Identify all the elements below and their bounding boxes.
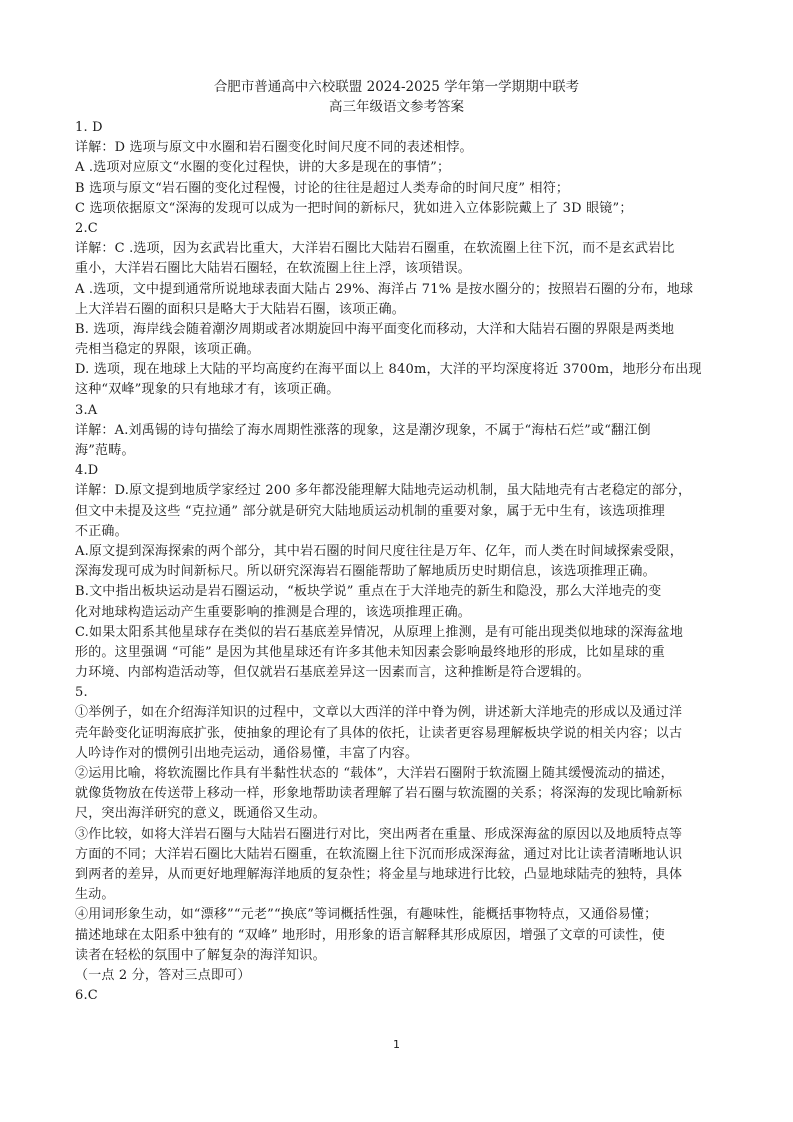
text-line: A .选项对应原文“水圈的变化过程快，讲的大多是现在的事情”； <box>75 158 725 178</box>
text-line: 3.A <box>75 401 725 421</box>
text-line: 尺，突出海洋研究的意义，既通俗又生动。 <box>75 804 725 824</box>
answer-body: 1. D详解：D 选项与原文中水圈和岩石圈变化时间尺度不同的表述相悖。A .选项… <box>75 118 725 1006</box>
text-line: 壳相当稳定的界限，该项正确。 <box>75 340 725 360</box>
text-line: 详解：D.原文提到地质学家经过 200 多年都没能理解大陆地壳运动机制，虽大陆地… <box>75 481 725 501</box>
text-line: A .选项，文中提到通常所说地球表面大陆占 29%、海洋占 71% 是按水圈分的… <box>75 280 725 300</box>
text-line: 2.C <box>75 219 725 239</box>
text-line: 描述地球在太阳系中独有的 “双峰” 地形时，用形象的语言解释其形成原因，增强了文… <box>75 926 725 946</box>
document-subtitle: 高三年级语文参考答案 <box>0 97 793 117</box>
text-line: 5. <box>75 683 725 703</box>
text-line: 深海发现可成为时间新标尺。所以研究深海岩石圈能帮助了解地质历史时期信息，该选项推… <box>75 562 725 582</box>
text-line: 读者在轻松的氛围中了解复杂的海洋知识。 <box>75 946 725 966</box>
text-line: B.文中指出板块运动是岩石圈运动，“板块学说” 重点在于大洋地壳的新生和隐没，那… <box>75 582 725 602</box>
text-line: ④用词形象生动，如“漂移”“元老”“换底”等词概括性强，有趣味性，能概括事物特点… <box>75 905 725 925</box>
text-line: A.原文提到深海探索的两个部分，其中岩石圈的时间尺度往往是万年、亿年，而人类在时… <box>75 542 725 562</box>
text-line: （一点 2 分，答对三点即可） <box>75 966 725 986</box>
text-line: B 选项与原文“岩石圈的变化过程慢，讨论的往往是超过人类寿命的时间尺度” 相符； <box>75 179 725 199</box>
document-page: 合肥市普通高中六校联盟 2024-2025 学年第一学期期中联考 高三年级语文参… <box>0 0 793 1122</box>
text-line: 就像货物放在传送带上移动一样，形象地帮助读者理解了岩石圈与软流圈的关系；将深海的… <box>75 784 725 804</box>
text-line: 壳年龄变化证明海底扩张，使抽象的理论有了具体的依托，让读者更容易理解板块学说的相… <box>75 724 725 744</box>
text-line: 生动。 <box>75 885 725 905</box>
text-line: 详解：C .选项，因为玄武岩比重大，大洋岩石圈比大陆岩石圈重，在软流圈上往下沉，… <box>75 239 725 259</box>
text-line: 不正确。 <box>75 522 725 542</box>
text-line: 人吟诗作对的惯例引出地壳运动，通俗易懂，丰富了内容。 <box>75 744 725 764</box>
text-line: 海”范畴。 <box>75 441 725 461</box>
text-line: 4.D <box>75 461 725 481</box>
text-line: 6.C <box>75 986 725 1006</box>
text-line: 重小，大洋岩石圈比大陆岩石圈轻，在软流圈上往上浮，该项错误。 <box>75 259 725 279</box>
text-line: D. 选项，现在地球上大陆的平均高度约在海平面以上 840m，大洋的平均深度将近… <box>75 360 725 380</box>
text-line: B. 选项，海岸线会随着潮汐周期或者冰期旋回中海平面变化而移动，大洋和大陆岩石圈… <box>75 320 725 340</box>
text-line: 这种“双峰”现象的只有地球才有，该项正确。 <box>75 380 725 400</box>
text-line: 力环境、内部构造活动等，但仅就岩石基底差异这一因素而言，这种推断是符合逻辑的。 <box>75 663 725 683</box>
text-line: 但文中未提及这些 “克拉通” 部分就是研究大陆地质运动机制的重要对象，属于无中生… <box>75 502 725 522</box>
text-line: 详解：D 选项与原文中水圈和岩石圈变化时间尺度不同的表述相悖。 <box>75 138 725 158</box>
text-line: 方面的不同；大洋岩石圈比大陆岩石圈重，在软流圈上往下沉而形成深海盆，通过对比让读… <box>75 845 725 865</box>
document-title: 合肥市普通高中六校联盟 2024-2025 学年第一学期期中联考 <box>0 77 793 97</box>
text-line: 形的。这里强调 “可能” 是因为其他星球还有许多其他未知因素会影响最终地形的形成… <box>75 643 725 663</box>
page-number: 1 <box>0 1038 793 1051</box>
text-line: 到两者的差异，从而更好地理解海洋地质的复杂性；将金星与地球进行比较，凸显地球陆壳… <box>75 865 725 885</box>
text-line: 化对地球构造运动产生重要影响的推测是合理的，该选项推理正确。 <box>75 603 725 623</box>
text-line: 详解：A.刘禹锡的诗句描绘了海水周期性涨落的现象，这是潮汐现象，不属于“海枯石烂… <box>75 421 725 441</box>
text-line: ②运用比喻，将软流圈比作具有半黏性状态的 “载体”，大洋岩石圈附于软流圈上随其缓… <box>75 764 725 784</box>
text-line: ①举例子，如在介绍海洋知识的过程中，文章以大西洋的洋中脊为例，讲述新大洋地壳的形… <box>75 703 725 723</box>
text-line: 上大洋岩石圈的面积只是略大于大陆岩石圈，该项正确。 <box>75 300 725 320</box>
text-line: C.如果太阳系其他星球存在类似的岩石基底差异情况，从原理上推测，是有可能出现类似… <box>75 623 725 643</box>
text-line: 1. D <box>75 118 725 138</box>
text-line: ③作比较，如将大洋岩石圈与大陆岩石圈进行对比，突出两者在重量、形成深海盆的原因以… <box>75 825 725 845</box>
text-line: C 选项依据原文“深海的发现可以成为一把时间的新标尺，犹如进入立体影院戴上了 3… <box>75 199 725 219</box>
